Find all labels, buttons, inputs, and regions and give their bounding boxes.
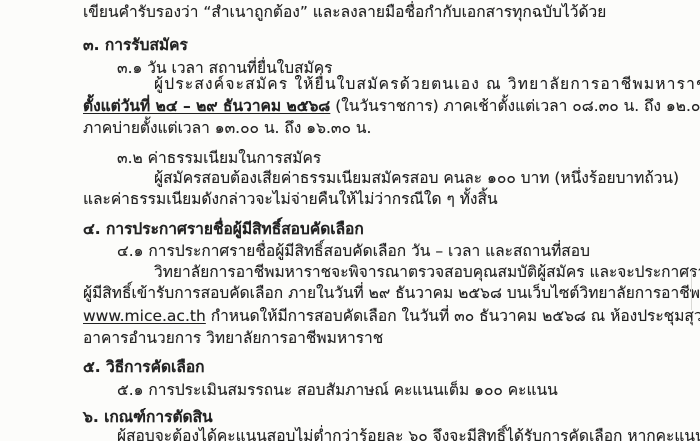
section-5-heading: ๕. วิธีการคัดเลือก — [83, 357, 205, 377]
section-4-1-paragraph-line-1: วิทยาลัยการอาชีพมหาราชจะพิจารณาตรวจสอบคุ… — [154, 262, 700, 282]
section-3-1-paragraph-line-2: ตั้งแต่วันที่ ๒๔ – ๒๙ ธันวาคม ๒๕๖๘ (ในวั… — [83, 96, 700, 116]
section-3-2-paragraph-line-1: ผู้สมัครสอบต้องเสียค่าธรรมเนียมสมัครสอบ … — [154, 168, 679, 188]
document-page: เขียนคำรับรองว่า “สำเนาถูกต้อง” และลงลาย… — [0, 0, 700, 441]
scan-edge-shadow — [691, 270, 692, 310]
application-dates-bold-underline: ตั้งแต่วันที่ ๒๔ – ๒๙ ธันวาคม ๒๕๖๘ — [83, 97, 330, 115]
section-3-1-paragraph-line-1: ผู้ประสงค์จะสมัคร ให้ยื่นใบสมัครด้วยตนเอ… — [154, 74, 700, 94]
section-6-paragraph-line-1: ผู้สอบจะต้องได้คะแนนสอบไม่ต่ำกว่าร้อยละ … — [117, 426, 700, 441]
section-4-heading: ๔. การประกาศรายชื่อผู้มีสิทธิ์สอบคัดเลือ… — [83, 219, 364, 239]
section-4-1-paragraph-line-2: ผู้มีสิทธิ์เข้ารับการสอบคัดเลือก ภายในวั… — [83, 283, 700, 303]
section-3-heading: ๓. การรับสมัคร — [83, 35, 188, 55]
section-6-heading: ๖. เกณฑ์การตัดสิน — [83, 407, 213, 427]
application-times-text: (ในวันราชการ) ภาคเช้าตั้งแต่เวลา ๐๘.๓๐ น… — [330, 97, 700, 115]
section-4-1-paragraph-line-4: อาคารอำนวยการ วิทยาลัยการอาชีพมหาราช — [83, 328, 383, 348]
section-5-1-title: ๕.๑ การประเมินสมรรถนะ สอบสัมภาษณ์ คะแนนเ… — [117, 380, 558, 400]
section-4-1-title: ๔.๑ การประกาศรายชื่อผู้มีสิทธิ์สอบคัดเลื… — [117, 241, 590, 261]
intro-line: เขียนคำรับรองว่า “สำเนาถูกต้อง” และลงลาย… — [83, 2, 606, 22]
section-3-2-paragraph-line-2: และค่าธรรมเนียมดังกล่าวจะไม่จ่ายคืนให้ไม… — [83, 189, 498, 209]
section-3-2-title: ๓.๒ ค่าธรรมเนียมในการสมัคร — [117, 148, 321, 168]
section-3-1-paragraph-line-3: ภาคบ่ายตั้งแต่เวลา ๑๓.๐๐ น. ถึง ๑๖.๓๐ น. — [83, 118, 371, 138]
section-4-1-paragraph-line-3: www.mice.ac.th กำหนดให้มีการสอบคัดเลือก … — [83, 306, 700, 326]
selection-exam-date-text: กำหนดให้มีการสอบคัดเลือก ในวันที่ ๓๐ ธัน… — [206, 307, 700, 325]
website-link: www.mice.ac.th — [83, 307, 206, 325]
